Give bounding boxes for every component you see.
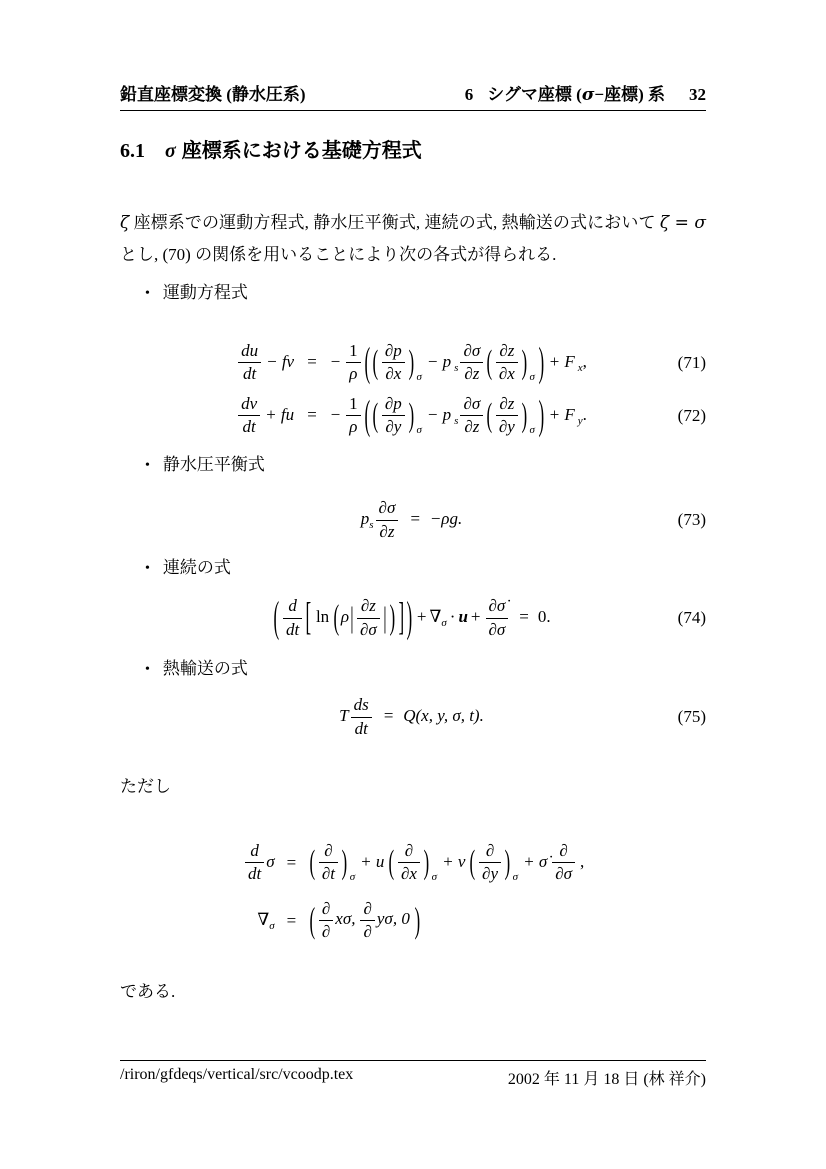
sigma-symbol: σ	[582, 85, 595, 105]
sigma-subscript: σ	[530, 424, 535, 437]
term: + F	[549, 405, 575, 424]
numerator: ∂	[398, 842, 420, 863]
p-symbol: p	[361, 509, 370, 528]
bullet-label: 連続の式	[163, 558, 231, 577]
term: − p	[427, 352, 451, 371]
fraction: ddt	[245, 842, 264, 884]
header-section-title: シグマ座標 (σ−座標) 系	[487, 84, 665, 106]
left-bracket: [	[306, 599, 312, 638]
header-section-number: 6	[465, 84, 474, 106]
nabla-symbol: ∇	[429, 607, 441, 626]
denominator: ∂σ	[357, 619, 380, 639]
equals-sign: =	[287, 911, 297, 931]
term: − fv	[266, 352, 294, 371]
fraction: ∂z∂σ	[357, 597, 380, 639]
intro-text-2: とし, (70) の関係を用いることにより次の各式が得られる.	[120, 245, 556, 264]
bullet-icon: •	[145, 662, 150, 677]
fraction: dudt	[238, 342, 261, 384]
zeta-symbol: ζ	[120, 213, 129, 233]
fraction: ∂z∂x	[496, 342, 518, 384]
bullet-icon: •	[145, 561, 150, 576]
left-paren: (	[310, 846, 316, 880]
denominator: ∂σ	[486, 619, 509, 639]
left-paren: (	[487, 399, 493, 433]
denominator: ρ	[346, 363, 361, 383]
equals-sign: =	[519, 607, 529, 626]
equation-74: (ddt[ln(ρ|∂z∂σ|)])+∇σ·u+∂σ̇∂σ=0. (74)	[120, 588, 706, 648]
bullet-label: 運動方程式	[163, 283, 248, 302]
denominator: dt	[238, 363, 261, 383]
sigma-subscript: σ	[441, 617, 446, 629]
header-rule	[120, 110, 706, 111]
intro-text-1: 座標系での運動方程式, 静水圧平衡式, 連続の式, 熱輸送の式において	[129, 213, 660, 232]
comma: ,	[583, 352, 587, 371]
velocity-vector: u	[458, 607, 467, 626]
fraction: ∂z∂y	[496, 395, 518, 437]
y-subscript: y	[578, 415, 583, 427]
ln-operator: ln	[316, 607, 329, 626]
left-paren: (	[389, 846, 395, 880]
denominator: ∂z	[460, 363, 483, 383]
plus-sign: +	[417, 607, 427, 626]
minus-sign: −	[330, 352, 341, 371]
header-right: 6 シグマ座標 (σ−座標) 系 32	[465, 84, 706, 106]
x-subscript: x	[578, 362, 583, 374]
numerator: ∂p	[382, 395, 405, 416]
equals-sign: =	[287, 853, 297, 873]
definitions-block: ddtσ = (∂∂t)σ+ u(∂∂x)σ+ v(∂∂y)σ+ σ̇∂∂σ, …	[243, 842, 587, 941]
left-paren: (	[373, 346, 379, 380]
right-bracket: ]	[398, 599, 404, 638]
numerator: ds	[351, 696, 372, 717]
numerator: 1	[346, 395, 361, 416]
right-paren: )	[389, 601, 395, 636]
left-paren-outer: (	[364, 395, 370, 436]
denominator: ρ	[346, 416, 361, 436]
fraction: dsdt	[351, 696, 372, 738]
fraction: dvdt	[238, 395, 260, 437]
section-title: 座標系における基礎方程式	[182, 140, 422, 162]
fraction: ∂p∂y	[382, 395, 405, 437]
left-paren: (	[310, 903, 316, 939]
numerator: ∂p	[382, 342, 405, 363]
page-number: 32	[689, 84, 706, 106]
fraction: ∂∂t	[319, 842, 338, 884]
right-paren: )	[521, 346, 527, 380]
bullet-equations-of-motion: •運動方程式	[145, 282, 248, 305]
s-subscript: s	[454, 362, 458, 374]
def1-rhs: (∂∂t)σ+ u(∂∂x)σ+ v(∂∂y)σ+ σ̇∂∂σ,	[308, 842, 587, 884]
numerator: dv	[238, 395, 260, 416]
equation-71: dudt− fv=−1ρ((∂p∂x)σ− ps∂σ∂z(∂z∂x)σ)+ Fx…	[120, 333, 706, 393]
numerator: d	[245, 842, 264, 863]
denominator: ∂	[319, 921, 333, 941]
intro-paragraph: ζ 座標系での運動方程式, 静水圧平衡式, 連続の式, 熱輸送の式において ζ …	[120, 207, 706, 271]
sigma-symbol: σ	[165, 140, 176, 162]
right-paren: )	[414, 903, 420, 939]
right-paren: )	[342, 846, 348, 880]
fraction: 1ρ	[346, 395, 361, 437]
plus-sign: +	[471, 607, 481, 626]
rho-symbol: ρ	[341, 607, 349, 626]
numerator: ∂	[319, 900, 333, 921]
header-title-post: −座標) 系	[594, 85, 665, 104]
equation-number: (74)	[678, 608, 706, 628]
zeta-equals-sigma: ζ = σ	[660, 213, 706, 233]
denominator: ∂y	[382, 416, 405, 436]
header-title-pre: シグマ座標 (	[487, 85, 582, 104]
equation-75-math: Tdsdt=Q(x, y, σ, t).	[339, 696, 487, 738]
fraction: ∂σ∂z	[460, 342, 483, 384]
right-paren: )	[521, 399, 527, 433]
right-paren-outer: )	[407, 597, 413, 640]
bullet-label: 静水圧平衡式	[163, 455, 265, 474]
equation-number: (73)	[678, 510, 706, 530]
equation-72: dvdt+ fu=−1ρ((∂p∂y)σ− ps∂σ∂z(∂z∂y)σ)+ Fy…	[120, 386, 706, 446]
term: + u	[360, 852, 384, 871]
term: + fu	[265, 405, 294, 424]
numerator: du	[238, 342, 261, 363]
numerator: d	[283, 597, 302, 618]
numerator: ∂σ	[376, 499, 399, 520]
dearu-text: である.	[120, 977, 175, 1002]
bullet-continuity: •連続の式	[145, 557, 231, 580]
tadashi-text: ただし	[120, 772, 171, 797]
equation-74-math: (ddt[ln(ρ|∂z∂σ|)])+∇σ·u+∂σ̇∂σ=0.	[272, 597, 553, 639]
zero: 0.	[538, 607, 551, 626]
denominator: ∂t	[319, 863, 338, 883]
term: yσ, 0	[377, 909, 410, 928]
fraction: ∂p∂x	[382, 342, 405, 384]
fraction: ∂∂y	[479, 842, 501, 884]
left-paren-outer: (	[364, 342, 370, 383]
dot-operator: ·	[450, 607, 456, 626]
right-paren: )	[423, 846, 429, 880]
numerator: ∂z	[357, 597, 380, 618]
section-number: 6.1	[120, 140, 145, 162]
right-paren: )	[408, 399, 414, 433]
bullet-icon: •	[145, 286, 150, 301]
term: Q(x, y, σ, t).	[403, 706, 484, 725]
left-paren-outer: (	[274, 597, 280, 640]
denominator: ∂	[360, 921, 374, 941]
bullet-icon: •	[145, 458, 150, 473]
sigma-subscript: σ	[513, 871, 518, 883]
denominator: ∂z	[376, 521, 399, 541]
denominator: dt	[351, 718, 372, 738]
sigma-subscript: σ	[269, 920, 274, 932]
term: + σ̇	[523, 852, 547, 871]
fraction: ∂σ̇∂σ	[486, 597, 509, 639]
page-header: 鉛直座標変換 (静水圧系) 6 シグマ座標 (σ−座標) 系 32	[120, 84, 706, 106]
page-footer: /riron/gfdeqs/vertical/src/vcoodp.tex 20…	[120, 1066, 706, 1089]
equals-sign: =	[306, 405, 317, 424]
denominator: ∂y	[496, 416, 518, 436]
fraction: ∂σ∂z	[460, 395, 483, 437]
def2-rhs: (∂∂xσ,∂∂yσ, 0)	[308, 900, 421, 942]
denominator: dt	[245, 863, 264, 883]
term: + F	[549, 352, 575, 371]
denominator: ∂x	[398, 863, 420, 883]
denominator: ∂x	[382, 363, 405, 383]
left-paren: (	[373, 399, 379, 433]
numerator: ∂σ̇	[486, 597, 509, 618]
fraction: ∂σ∂z	[376, 499, 399, 541]
s-subscript: s	[454, 415, 458, 427]
numerator: ∂	[319, 842, 338, 863]
header-left-title: 鉛直座標変換 (静水圧系)	[120, 84, 306, 106]
nabla-symbol: ∇	[257, 910, 269, 929]
sigma-subscript: σ	[350, 871, 355, 883]
bullet-label: 熱輸送の式	[163, 659, 248, 678]
fraction: ∂∂σ	[552, 842, 575, 884]
T-symbol: T	[339, 706, 348, 725]
left-paren: (	[470, 846, 476, 880]
section-heading: 6.1σ座標系における基礎方程式	[120, 134, 422, 163]
term: −ρg.	[430, 509, 462, 528]
sigma-subscript: σ	[530, 371, 535, 384]
numerator: 1	[346, 342, 361, 363]
vertical-bar: |	[383, 603, 386, 633]
equation-75: Tdsdt=Q(x, y, σ, t). (75)	[120, 687, 706, 747]
footer-date-author: 2002 年 11 月 18 日 (林 祥介)	[508, 1066, 706, 1089]
sigma-subscript: σ	[416, 424, 421, 437]
denominator: ∂y	[479, 863, 501, 883]
footer-rule	[120, 1060, 706, 1061]
comma: ,	[580, 852, 584, 871]
def2-lhs: ∇σ	[257, 910, 274, 932]
denominator: ∂z	[460, 416, 483, 436]
numerator: ∂	[552, 842, 575, 863]
equation-72-math: dvdt+ fu=−1ρ((∂p∂y)σ− ps∂σ∂z(∂z∂y)σ)+ Fy…	[236, 395, 590, 437]
fraction: ∂∂	[319, 900, 333, 942]
fraction: ddt	[283, 597, 302, 639]
minus-sign: −	[330, 405, 341, 424]
equation-number: (75)	[678, 707, 706, 727]
right-paren-outer: )	[538, 395, 544, 436]
denominator: ∂x	[496, 363, 518, 383]
equation-73: ps∂σ∂z=−ρg. (73)	[120, 490, 706, 550]
equation-number: (72)	[678, 406, 706, 426]
left-paren: (	[487, 346, 493, 380]
sigma-subscript: σ	[432, 871, 437, 883]
equation-71-math: dudt− fv=−1ρ((∂p∂x)σ− ps∂σ∂z(∂z∂x)σ)+ Fx…	[236, 342, 590, 384]
numerator: ∂z	[496, 342, 518, 363]
fraction: 1ρ	[346, 342, 361, 384]
left-paren: (	[334, 601, 340, 636]
term: + v	[442, 852, 465, 871]
equals-sign: =	[306, 352, 317, 371]
document-page: 鉛直座標変換 (静水圧系) 6 シグマ座標 (σ−座標) 系 32 6.1σ座標…	[0, 0, 826, 1169]
period: .	[583, 405, 587, 424]
equation-number: (71)	[678, 353, 706, 373]
numerator: ∂	[479, 842, 501, 863]
fraction: ∂∂x	[398, 842, 420, 884]
numerator: ∂σ	[460, 395, 483, 416]
right-paren: )	[408, 346, 414, 380]
numerator: ∂	[360, 900, 374, 921]
vertical-bar: |	[350, 603, 353, 633]
right-paren: )	[505, 846, 511, 880]
term: xσ,	[335, 909, 355, 928]
bullet-hydrostatic-balance: •静水圧平衡式	[145, 454, 265, 477]
numerator: ∂z	[496, 395, 518, 416]
equals-sign: =	[383, 706, 394, 725]
numerator: ∂σ	[460, 342, 483, 363]
sigma-symbol: σ	[266, 852, 274, 871]
sigma-subscript: σ	[416, 371, 421, 384]
footer-file-path: /riron/gfdeqs/vertical/src/vcoodp.tex	[120, 1066, 353, 1089]
fraction: ∂∂	[360, 900, 374, 942]
bullet-heat-transport: •熱輸送の式	[145, 658, 248, 681]
term: − p	[427, 405, 451, 424]
s-subscript: s	[369, 519, 373, 531]
right-paren-outer: )	[538, 342, 544, 383]
denominator: dt	[238, 416, 260, 436]
def1-lhs: ddtσ	[243, 842, 275, 884]
equation-73-math: ps∂σ∂z=−ρg.	[361, 499, 465, 541]
equals-sign: =	[409, 509, 420, 528]
denominator: dt	[283, 619, 302, 639]
denominator: ∂σ	[552, 863, 575, 883]
